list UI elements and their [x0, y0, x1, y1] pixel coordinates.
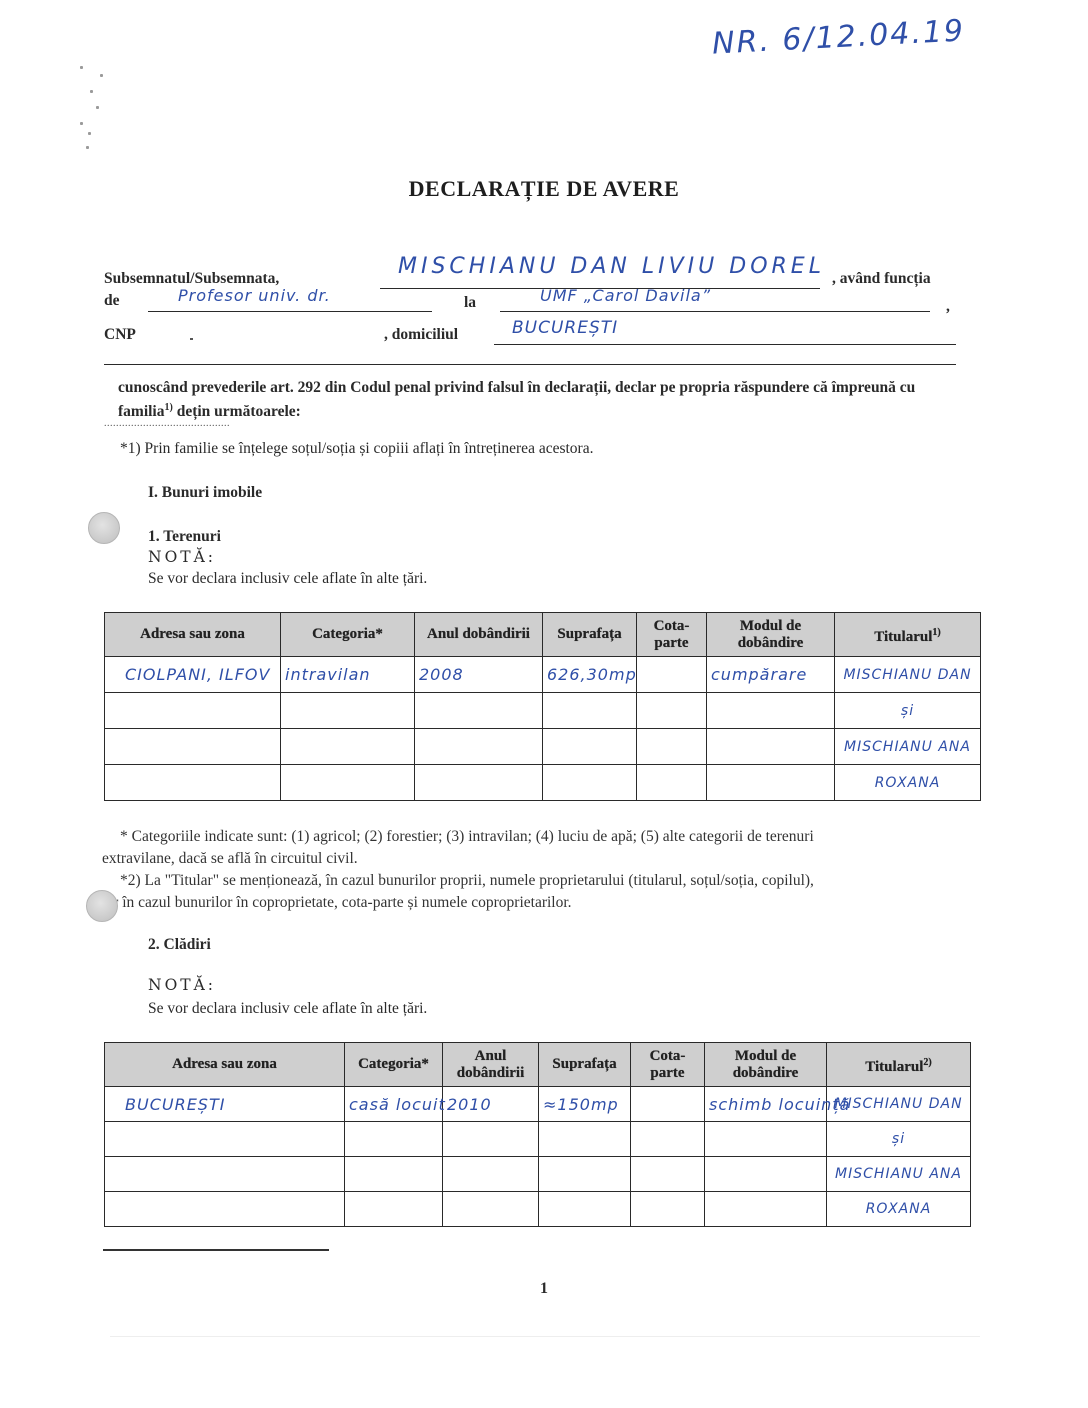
table-cell[interactable]: BUCUREȘTI: [105, 1087, 345, 1122]
cladiri-table-body: BUCUREȘTIcasă locuit2010≈150mpschimb loc…: [105, 1087, 971, 1227]
functia-field[interactable]: Profesor univ. dr.: [178, 286, 331, 305]
col-categoria: Categoria*: [345, 1043, 443, 1087]
col-cota-parte: Cota-parte: [637, 613, 707, 657]
de-label: de: [104, 292, 120, 310]
table-cell[interactable]: casă locuit: [345, 1087, 443, 1122]
cladiri-nota-text: Se vor declara inclusiv cele aflate în a…: [148, 1000, 427, 1018]
table-cell[interactable]: [631, 1122, 705, 1157]
declaration-text: cunoscând prevederile art. 292 din Codul…: [118, 378, 958, 422]
footnote-ref: 1): [165, 402, 173, 413]
registration-number: NR. 6/12.04.19: [711, 13, 966, 61]
table-header-row: Adresa sau zona Categoria* Anul dobândir…: [105, 613, 981, 657]
domiciliul-field[interactable]: BUCUREȘTI: [512, 318, 618, 338]
table-row: și: [105, 693, 981, 729]
col-titularul: Titularul2): [827, 1043, 971, 1087]
col-adresa: Adresa sau zona: [105, 613, 281, 657]
section-imobile-heading: I. Bunuri imobile: [148, 484, 262, 502]
titular-sup: 2): [923, 1057, 931, 1068]
table-cell[interactable]: [443, 1157, 539, 1192]
table-cell[interactable]: [281, 729, 415, 765]
terenuri-table: Adresa sau zona Categoria* Anul dobândir…: [104, 612, 981, 801]
table-cell[interactable]: [637, 657, 707, 693]
separator-dots: ........................................…: [104, 418, 230, 429]
table-cell[interactable]: schimb locuință: [705, 1087, 827, 1122]
categories-note-line2: extravilane, dacă se află în circuitul c…: [102, 848, 972, 870]
col-categoria: Categoria*: [281, 613, 415, 657]
table-row: BUCUREȘTIcasă locuit2010≈150mpschimb loc…: [105, 1087, 971, 1122]
table-cell[interactable]: [637, 729, 707, 765]
footnote-family: *1) Prin familie se înțelege soțul/soția…: [120, 440, 593, 458]
terenuri-nota-label: NOTĂ:: [148, 548, 216, 566]
table-row: și: [105, 1122, 971, 1157]
table-cell[interactable]: [637, 693, 707, 729]
institutia-underline: [500, 311, 930, 312]
table-cell[interactable]: [281, 693, 415, 729]
col-modul: Modul de dobândire: [705, 1043, 827, 1087]
terenuri-heading: 1. Terenuri: [148, 528, 221, 546]
la-label: la: [464, 294, 476, 312]
table-cell[interactable]: [415, 729, 543, 765]
col-titularul-label: Titularul: [865, 1059, 923, 1075]
table-row: MISCHIANU ANA: [105, 1157, 971, 1192]
table-cell[interactable]: [105, 1122, 345, 1157]
table-cell[interactable]: intravilan: [281, 657, 415, 693]
table-cell[interactable]: [543, 729, 637, 765]
document-title: DECLARAȚIE DE AVERE: [0, 176, 1088, 202]
cladiri-table: Adresa sau zona Categoria* Anul dobândir…: [104, 1042, 971, 1227]
page-number: 1: [0, 1280, 1088, 1298]
table-cell[interactable]: CIOLPANI, ILFOV: [105, 657, 281, 693]
table-cell[interactable]: [637, 765, 707, 801]
table-cell[interactable]: cumpărare: [707, 657, 835, 693]
table-cell[interactable]: MISCHIANU ANA: [827, 1157, 971, 1192]
titular-note-line2: iar în cazul bunurilor în coproprietate,…: [102, 892, 972, 914]
domiciliul-underline: [494, 344, 956, 345]
table-cell[interactable]: 626,30mp: [543, 657, 637, 693]
col-anul: Anul dobândirii: [443, 1043, 539, 1087]
table-cell[interactable]: și: [835, 693, 981, 729]
table-cell[interactable]: MISCHIANU DAN: [835, 657, 981, 693]
table-row: CIOLPANI, ILFOVintravilan2008626,30mpcum…: [105, 657, 981, 693]
table-cell[interactable]: [105, 729, 281, 765]
punch-hole-2: [86, 890, 118, 922]
table-cell[interactable]: MISCHIANU ANA: [835, 729, 981, 765]
categories-note-line1: * Categoriile indicate sunt: (1) agricol…: [102, 826, 972, 848]
address-continuation-line: [104, 364, 956, 365]
table-cell[interactable]: [345, 1122, 443, 1157]
table-cell[interactable]: [631, 1087, 705, 1122]
name-field[interactable]: MISCHIANU DAN LIVIU DOREL: [398, 254, 825, 279]
table-row: ROXANA: [105, 1192, 971, 1227]
col-cota-parte: Cota-parte: [631, 1043, 705, 1087]
table-cell[interactable]: și: [827, 1122, 971, 1157]
table-header-row: Adresa sau zona Categoria* Anul dobândir…: [105, 1043, 971, 1087]
table-cell[interactable]: ROXANA: [827, 1192, 971, 1227]
domiciliul-label: , domiciliul: [384, 326, 458, 344]
col-suprafata: Suprafața: [543, 613, 637, 657]
col-titularul: Titularul1): [835, 613, 981, 657]
table-row: ROXANA: [105, 765, 981, 801]
table-cell[interactable]: [543, 693, 637, 729]
footnote-rule: [103, 1249, 329, 1251]
scan-edge: [110, 1336, 980, 1337]
col-anul: Anul dobândirii: [415, 613, 543, 657]
table-cell[interactable]: [707, 693, 835, 729]
col-modul: Modul de dobândire: [707, 613, 835, 657]
terenuri-footnotes: * Categoriile indicate sunt: (1) agricol…: [102, 826, 972, 914]
table-cell[interactable]: [345, 1157, 443, 1192]
table-cell[interactable]: [105, 693, 281, 729]
table-cell[interactable]: ≈150mp: [539, 1087, 631, 1122]
table-cell[interactable]: [631, 1192, 705, 1227]
table-cell[interactable]: 2010: [443, 1087, 539, 1122]
cnp-mark: [190, 338, 193, 340]
trailing-comma: ,: [946, 298, 950, 316]
col-titularul-label: Titularul: [874, 629, 932, 645]
avand-functia-label: , având funcția: [832, 270, 931, 288]
cnp-label: CNP: [104, 326, 136, 344]
terenuri-nota-text: Se vor declara inclusiv cele aflate în a…: [148, 570, 427, 588]
table-cell[interactable]: [631, 1157, 705, 1192]
table-cell[interactable]: 2008: [415, 657, 543, 693]
table-cell[interactable]: [705, 1122, 827, 1157]
table-cell[interactable]: [707, 765, 835, 801]
table-row: MISCHIANU ANA: [105, 729, 981, 765]
titular-note-line1: *2) La "Titular" se menționează, în cazu…: [102, 870, 972, 892]
table-cell[interactable]: [539, 1157, 631, 1192]
table-cell[interactable]: [707, 729, 835, 765]
table-cell[interactable]: [415, 765, 543, 801]
table-cell[interactable]: [539, 1192, 631, 1227]
institutia-field[interactable]: UMF „Carol Davila”: [540, 286, 711, 305]
col-suprafata: Suprafața: [539, 1043, 631, 1087]
table-cell[interactable]: [705, 1192, 827, 1227]
table-cell[interactable]: [105, 1192, 345, 1227]
table-cell[interactable]: [443, 1192, 539, 1227]
table-cell[interactable]: ROXANA: [835, 765, 981, 801]
col-adresa: Adresa sau zona: [105, 1043, 345, 1087]
table-cell[interactable]: [105, 765, 281, 801]
table-cell[interactable]: MISCHIANU DAN: [827, 1087, 971, 1122]
cladiri-heading: 2. Clădiri: [148, 936, 211, 954]
functia-underline: [148, 311, 432, 312]
table-cell[interactable]: [105, 1157, 345, 1192]
table-cell[interactable]: [345, 1192, 443, 1227]
table-cell[interactable]: [281, 765, 415, 801]
table-cell[interactable]: [543, 765, 637, 801]
table-cell[interactable]: [415, 693, 543, 729]
cladiri-nota-label: NOTĂ:: [148, 976, 216, 994]
table-cell[interactable]: [539, 1122, 631, 1157]
punch-hole: [88, 512, 120, 544]
titular-sup: 1): [932, 627, 940, 638]
table-cell[interactable]: [705, 1157, 827, 1192]
table-cell[interactable]: [443, 1122, 539, 1157]
terenuri-table-body: CIOLPANI, ILFOVintravilan2008626,30mpcum…: [105, 657, 981, 801]
